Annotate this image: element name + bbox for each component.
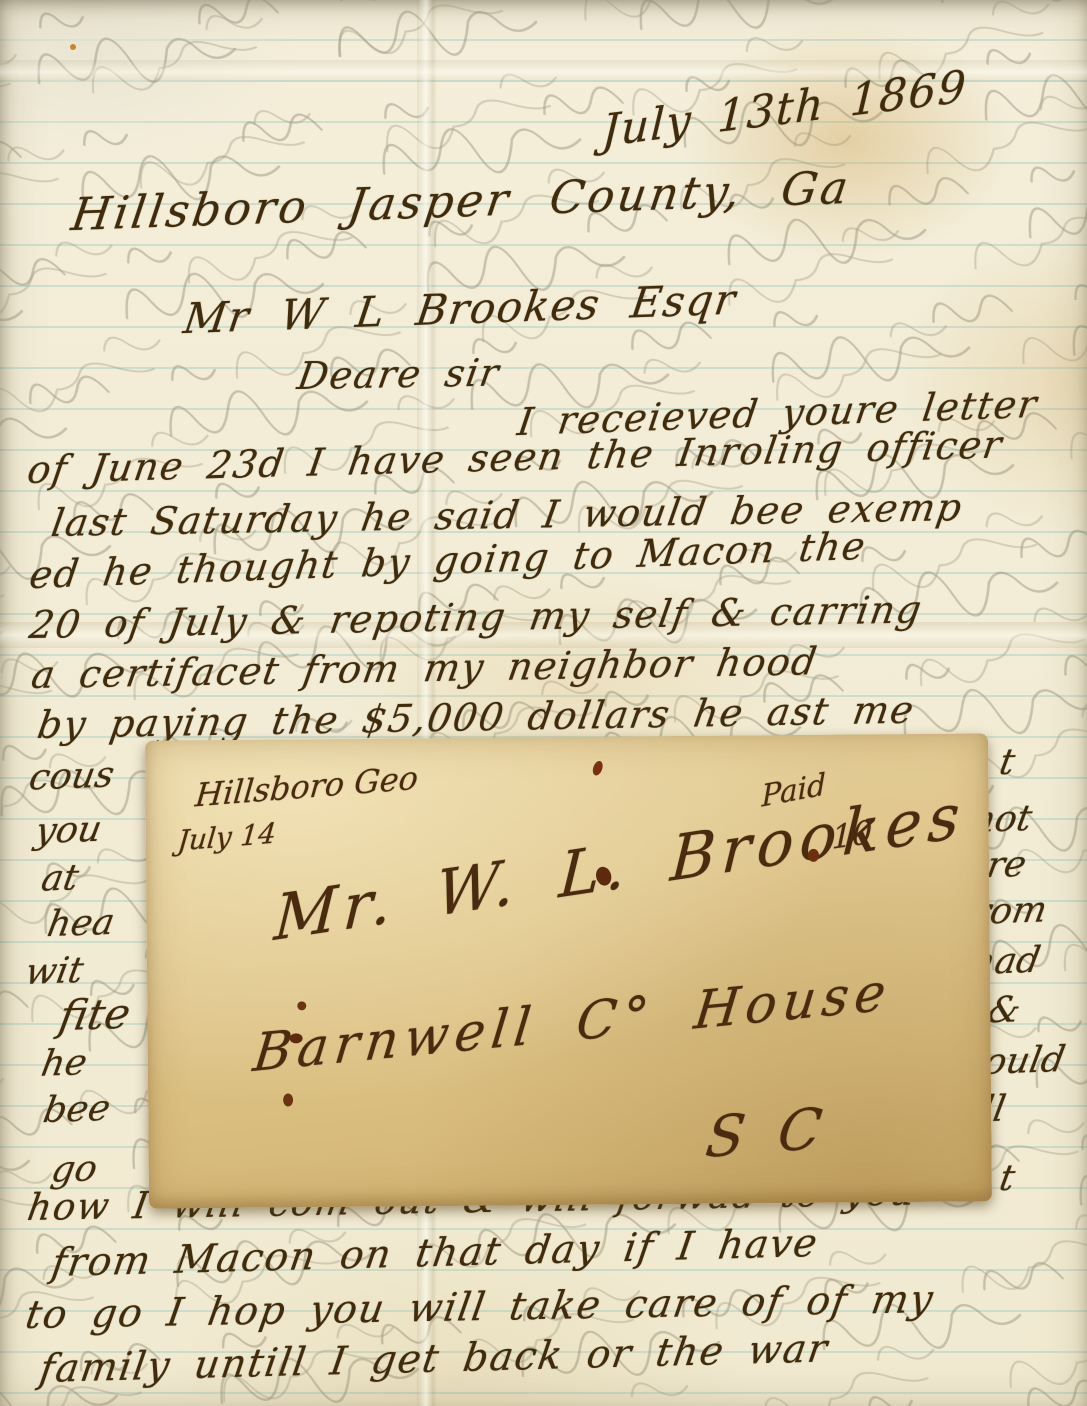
letter-text-fragment: you: [32, 809, 105, 852]
envelope: Hillsboro Geo July 14 Paid 10 Mr. W. L. …: [145, 733, 992, 1208]
ink-speck: [591, 760, 604, 777]
envelope-address-place: Barnwell C° House: [250, 962, 895, 1084]
ink-speck: [283, 1093, 293, 1106]
paper-speck: [70, 44, 76, 50]
letter-text-fragment: fite: [55, 989, 134, 1040]
letter-text-fragment: wit: [22, 950, 86, 993]
envelope-address-state: S C: [702, 1096, 833, 1172]
envelope-postmark-date: July 14: [176, 816, 277, 857]
ink-speck: [297, 1001, 306, 1010]
envelope-address-name: Mr. W. L. Brookes: [272, 778, 967, 956]
letter-text-fragment: he: [38, 1042, 90, 1085]
letter-text-fragment: at: [38, 857, 81, 899]
ink-speck: [808, 849, 819, 862]
letter-scan-page: July 13th 1869 Hillsboro Jasper County, …: [0, 0, 1087, 1406]
envelope-postmark-place: Hillsboro Geo: [194, 759, 420, 815]
letter-salutation: Deare sir: [295, 350, 504, 398]
letter-text-fragment: cous: [26, 755, 117, 799]
ink-speck: [290, 1033, 303, 1043]
letter-text-fragment: hea: [44, 902, 118, 945]
letter-text-fragment: bee: [40, 1088, 113, 1131]
